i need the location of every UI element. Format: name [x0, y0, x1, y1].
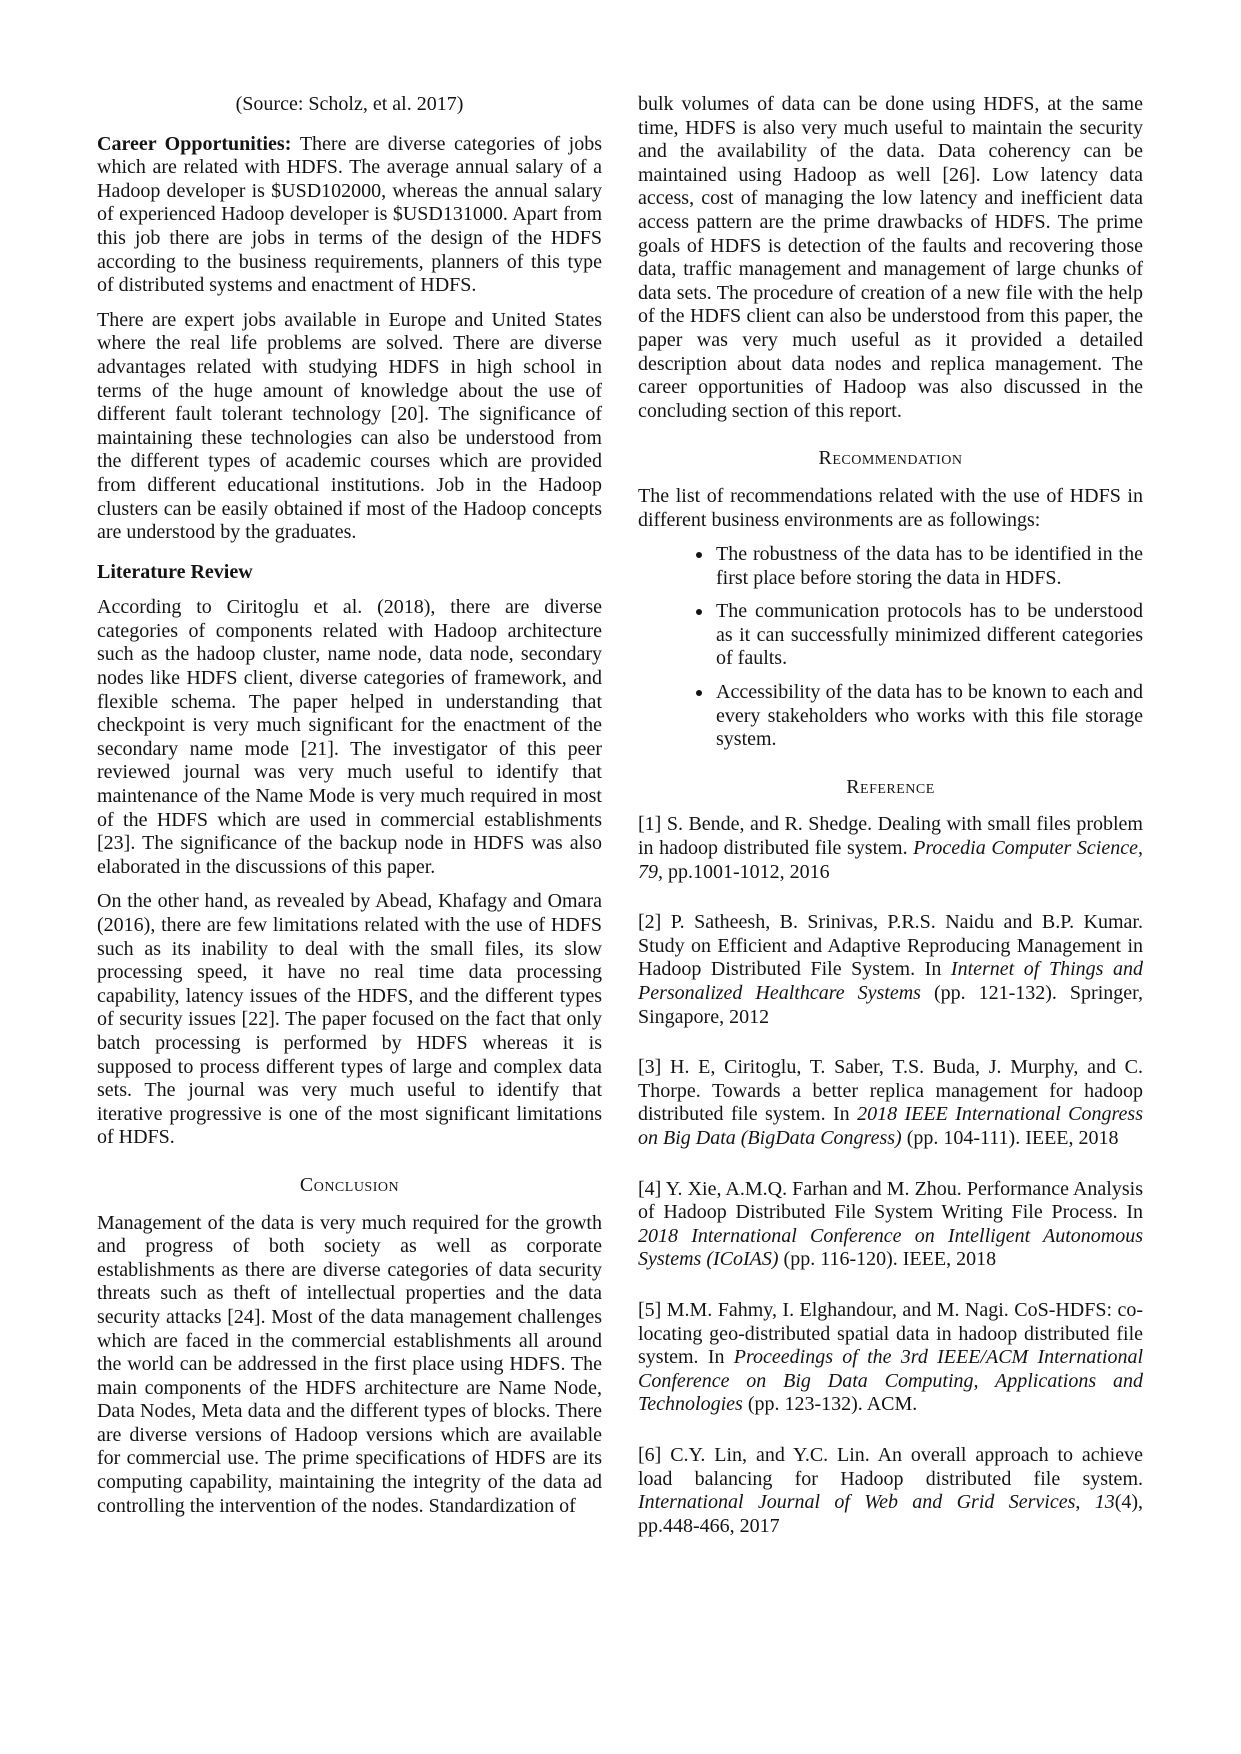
recommendation-intro-paragraph: The list of recommendations related with…: [638, 485, 1143, 532]
recommendation-bullet-3: Accessibility of the data has to be know…: [714, 681, 1143, 752]
report-page: (Source: Scholz, et al. 2017) Career Opp…: [0, 0, 1241, 1754]
expert-jobs-paragraph: There are expert jobs available in Europ…: [97, 309, 602, 545]
recommendation-heading: Recommendation: [638, 447, 1143, 471]
reference-item-5: [5] M.M. Fahmy, I. Elghandour, and M. Na…: [638, 1299, 1143, 1417]
reference-item-1: [1] S. Bende, and R. Shedge. Dealing wit…: [638, 813, 1143, 884]
conclusion-continuation-paragraph: bulk volumes of data can be done using H…: [638, 93, 1143, 423]
career-opportunities-paragraph: Career Opportunities: There are diverse …: [97, 133, 602, 298]
literature-review-heading: Literature Review: [97, 561, 602, 585]
literature-paragraph-1: According to Ciritoglu et al. (2018), th…: [97, 596, 602, 879]
reference-item-6: [6] C.Y. Lin, and Y.C. Lin. An overall a…: [638, 1444, 1143, 1538]
figure-source-caption: (Source: Scholz, et al. 2017): [97, 93, 602, 117]
reference-item-2: [2] P. Satheesh, B. Srinivas, P.R.S. Nai…: [638, 911, 1143, 1029]
reference-item-3: [3] H. E, Ciritoglu, T. Saber, T.S. Buda…: [638, 1056, 1143, 1150]
reference-heading: Reference: [638, 776, 1143, 800]
conclusion-heading: Conclusion: [97, 1174, 602, 1198]
reference-item-4: [4] Y. Xie, A.M.Q. Farhan and M. Zhou. P…: [638, 1178, 1143, 1272]
recommendation-bullet-list: The robustness of the data has to be ide…: [638, 543, 1143, 752]
left-column: (Source: Scholz, et al. 2017) Career Opp…: [97, 93, 602, 1714]
right-column: bulk volumes of data can be done using H…: [638, 93, 1143, 1714]
recommendation-bullet-2: The communication protocols has to be un…: [714, 600, 1143, 671]
literature-paragraph-2: On the other hand, as revealed by Abead,…: [97, 890, 602, 1150]
recommendation-bullet-1: The robustness of the data has to be ide…: [714, 543, 1143, 590]
conclusion-paragraph: Management of the data is very much requ…: [97, 1212, 602, 1519]
